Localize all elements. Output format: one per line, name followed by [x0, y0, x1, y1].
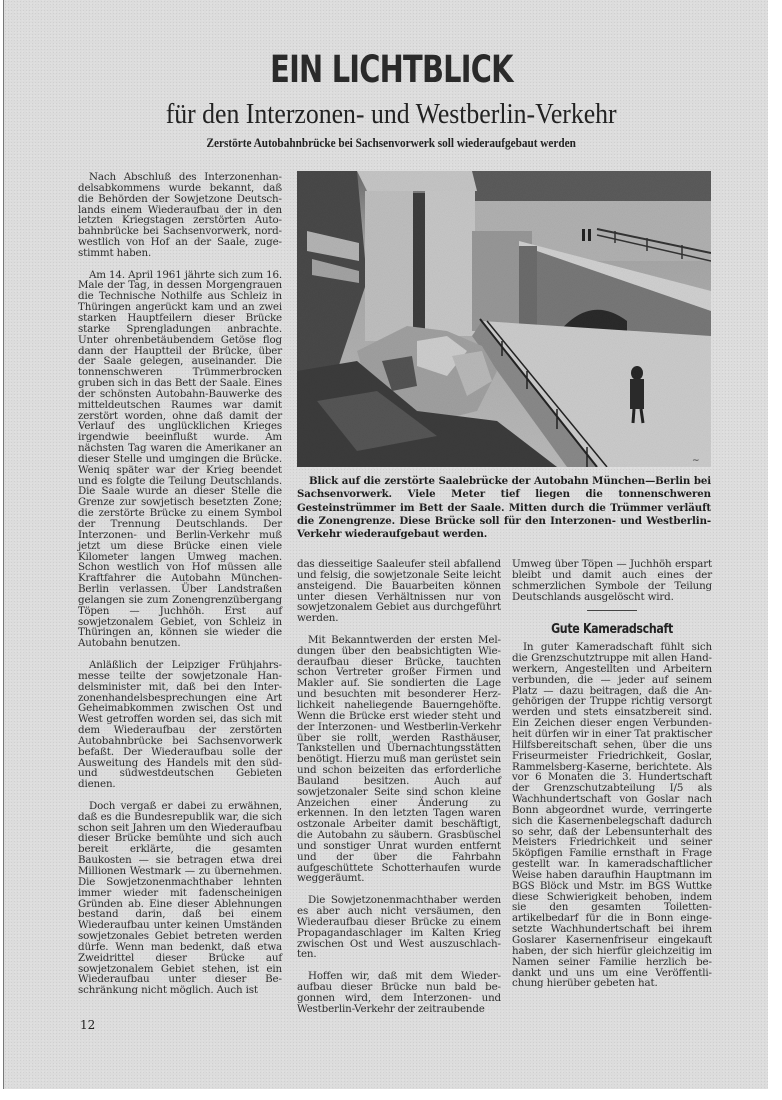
- paragraph: Die Sowjetzonenmachthaber werden es aber…: [297, 895, 501, 960]
- paragraph: Doch vergaß er dabei zu erwähnen, daß es…: [78, 801, 282, 996]
- article-subtitle: für den Interzonen- und Westberlin-Verke…: [31, 99, 750, 131]
- article-deck: Zerstörte Autobahnbrücke bei Sachsenvorw…: [39, 136, 743, 151]
- paragraph: das diesseitige Saaleufer steil abfal­le…: [297, 559, 501, 624]
- paragraph: Umweg über Töpen — Juchhöh er­spart blei…: [512, 559, 712, 602]
- paragraph: In guter Kameradschaft fühlt sich die Gr…: [512, 642, 712, 989]
- paragraph: Hoffen wir, daß mit dem Wieder­aufbau di…: [297, 971, 501, 1014]
- paragraph: Anläßlich der Leipziger Frühjahrs­messe …: [78, 660, 282, 790]
- page-number: 12: [80, 1018, 95, 1032]
- text-column-1: Nach Abschluß des Interzonenhan­delsabko…: [78, 172, 282, 996]
- photo-caption: Blick auf die zerstörte Saalebrücke der …: [297, 475, 711, 541]
- svg-text:~: ~: [692, 456, 700, 466]
- section-divider: [587, 610, 637, 611]
- paragraph: Mit Bekanntwerden der ersten Mel­dungen …: [297, 635, 501, 884]
- paragraph: Am 14. April 1961 jährte sich zum 16. Ma…: [78, 270, 282, 650]
- text-column-3: Umweg über Töpen — Juchhöh er­spart blei…: [512, 559, 712, 989]
- section-heading: Gute Kameradschaft: [527, 625, 697, 636]
- text-column-2: das diesseitige Saaleufer steil abfal­le…: [297, 559, 501, 1014]
- paragraph: Nach Abschluß des Interzonenhan­delsabko…: [78, 172, 282, 259]
- bridge-photo: ~: [297, 171, 711, 467]
- destroyed-bridge-image: ~: [297, 171, 711, 467]
- article-title: EIN LICHTBLICK: [86, 48, 696, 91]
